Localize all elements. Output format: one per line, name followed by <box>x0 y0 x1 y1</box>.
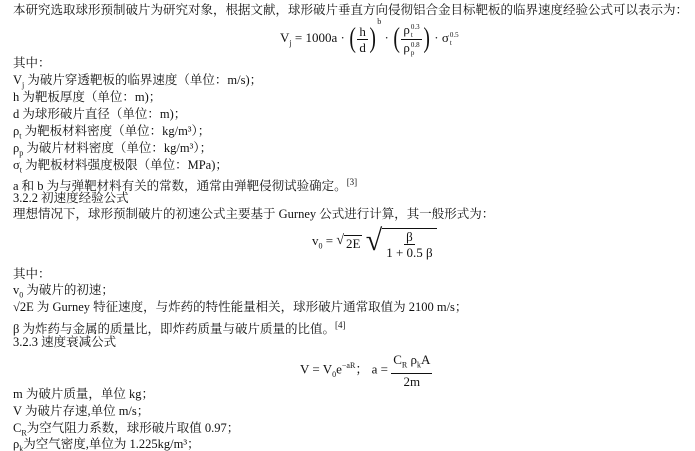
definition-v: V 为破片存速,单位 m/s； <box>13 403 149 419</box>
intro-paragraph: 本研究选取球形预制破片为研究对象，根据文献，球形破片垂直方向侵彻铝合金目标靶板的… <box>13 2 688 18</box>
definition-rho-k: ρk为空气密度,单位为 1.225kg/m³； <box>13 436 200 451</box>
where-label-2: 其中： <box>13 266 51 282</box>
gurney-formula: v0 = √2E √β1 + 0.5 β <box>312 224 437 260</box>
definition-m: m 为破片质量，单位 kg； <box>13 386 154 402</box>
citation-3[interactable]: [3] <box>347 177 358 187</box>
definition-gurney-velocity: √2E 为 Gurney 特征速度，与炸药的特性能量相关，球形破片通常取值为 2… <box>13 299 467 315</box>
definition-d: d 为球形破片直径（单位：m)； <box>13 106 186 122</box>
critical-velocity-formula: Vj = 1000a · (hd)b · (ρ0.3tρ0.8p) · σ0.5… <box>280 17 459 57</box>
section-3-2-3-heading: 3.2.3 速度衰减公式 <box>13 334 116 350</box>
section-3-2-2-heading: 3.2.2 初速度经验公式 <box>13 190 129 206</box>
velocity-decay-formula: V = V0e−aR； a = CR ρkA2m <box>300 352 432 389</box>
definition-h: h 为靶板厚度（单位：m)； <box>13 89 161 105</box>
gurney-intro-paragraph: 理想情况下，球形预制破片的初速公式主要基于 Gurney 公式进行计算，其一般形… <box>13 206 494 222</box>
citation-4[interactable]: [4] <box>335 320 346 330</box>
where-label-1: 其中： <box>13 55 51 71</box>
